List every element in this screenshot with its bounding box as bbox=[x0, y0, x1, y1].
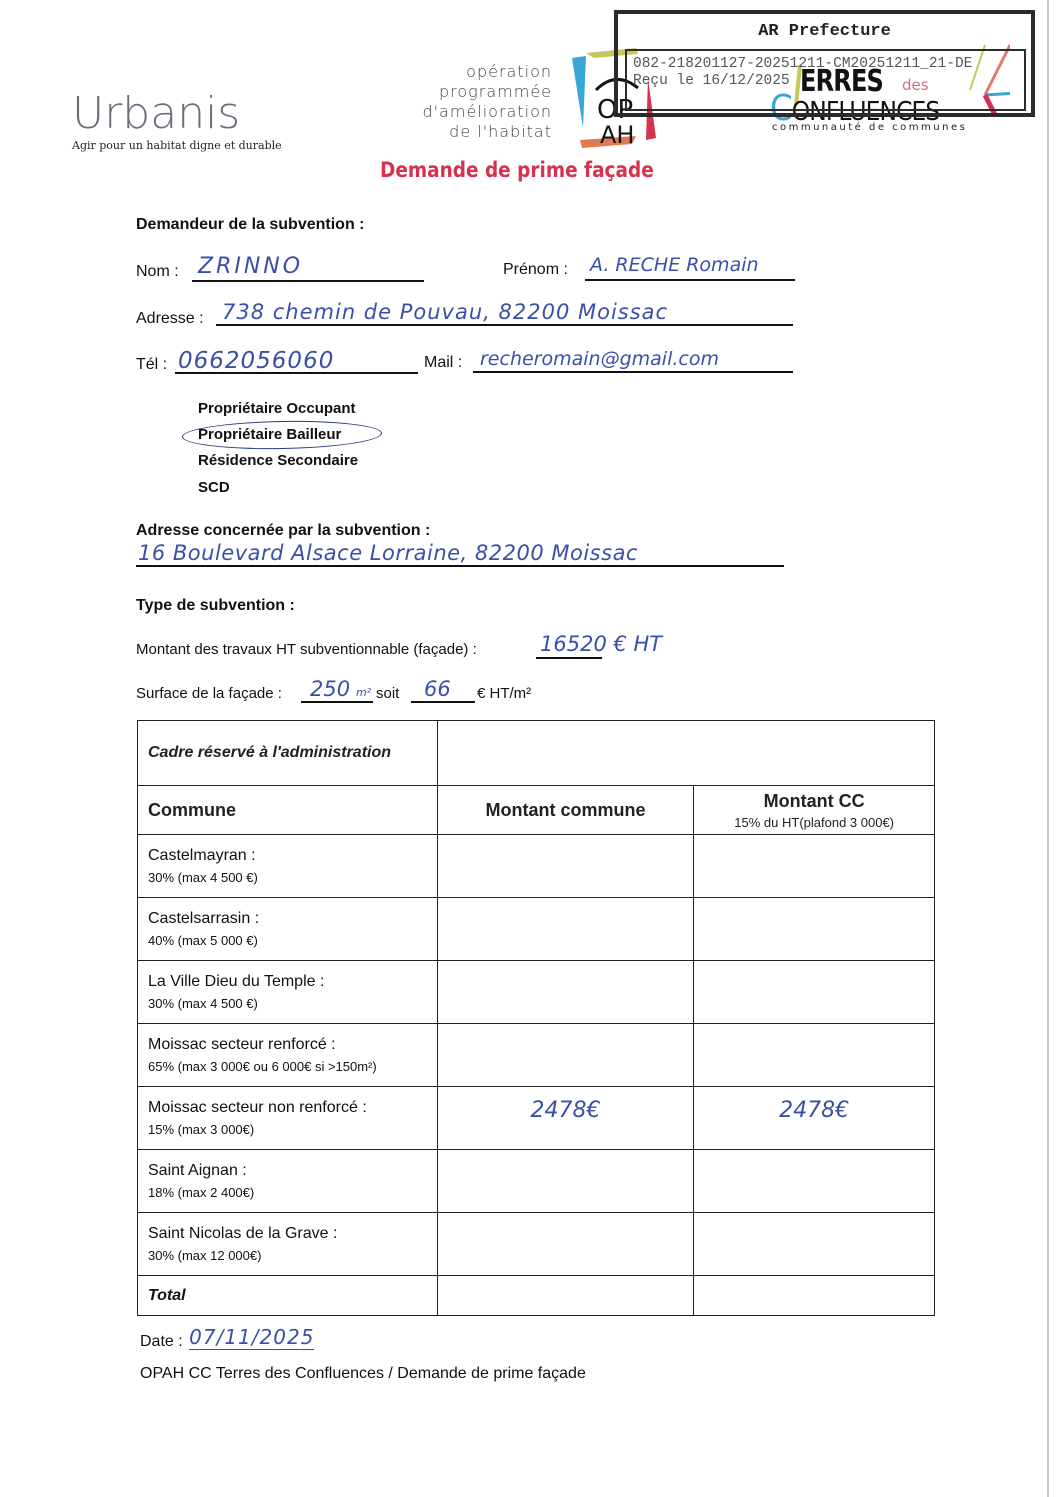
table-total-row: Total bbox=[138, 1276, 935, 1316]
tdc-subtitle: communauté de communes bbox=[772, 122, 967, 133]
adresse-underline bbox=[216, 324, 793, 326]
date-row: Date : 07/11/2025 bbox=[140, 1327, 312, 1351]
opah-description: opération programmée d'amélioration de l… bbox=[400, 62, 552, 142]
form-title: Demande de prime façade bbox=[380, 158, 654, 182]
per-m2-underline bbox=[411, 701, 475, 703]
table-row: Saint Aignan :18% (max 2 400€) bbox=[138, 1150, 935, 1213]
status-scd[interactable]: SCD bbox=[198, 479, 230, 496]
admin-reserved-empty-cell bbox=[437, 721, 934, 786]
table-row-admin-header: Cadre réservé à l'administration bbox=[138, 721, 935, 786]
montant-commune-cell[interactable] bbox=[437, 835, 694, 898]
opah-line: programmée bbox=[400, 82, 552, 102]
montant-cc-cell[interactable] bbox=[694, 961, 935, 1024]
mail-label: Mail : bbox=[424, 354, 462, 372]
administration-table: Cadre réservé à l'administration Commune… bbox=[137, 720, 935, 1316]
commune-cell: Saint Aignan :18% (max 2 400€) bbox=[138, 1150, 438, 1213]
stamp-reference: 082-218201127-20251211-CM20251211_21-DE bbox=[633, 56, 972, 72]
montant-cc-cell[interactable] bbox=[694, 1150, 935, 1213]
montant-commune-cell[interactable] bbox=[437, 1150, 694, 1213]
admin-reserved-label-cell: Cadre réservé à l'administration bbox=[138, 721, 438, 786]
urbanis-tagline: Agir pour un habitat digne et durable bbox=[72, 139, 282, 152]
total-cc-cell[interactable] bbox=[694, 1276, 935, 1316]
commune-cell: Castelsarrasin :40% (max 5 000 €) bbox=[138, 898, 438, 961]
montant-label: Montant des travaux HT subventionnable (… bbox=[136, 641, 477, 658]
table-header-row: Commune Montant commune Montant CC 15% d… bbox=[138, 786, 935, 835]
table-row: Moissac secteur renforcé :65% (max 3 000… bbox=[138, 1024, 935, 1087]
date-field[interactable]: 07/11/2025 bbox=[189, 1325, 314, 1350]
montant-commune-cell[interactable] bbox=[437, 1213, 694, 1276]
adresse-label: Adresse : bbox=[136, 310, 204, 328]
mail-field[interactable]: recheromain@gmail.com bbox=[480, 348, 719, 370]
page-edge bbox=[1047, 0, 1049, 1497]
montant-underline bbox=[536, 657, 602, 659]
nom-label: Nom : bbox=[136, 263, 179, 281]
status-proprietaire-occupant[interactable]: Propriétaire Occupant bbox=[198, 400, 356, 417]
status-residence-secondaire[interactable]: Résidence Secondaire bbox=[198, 452, 358, 469]
header-commune: Commune bbox=[138, 786, 438, 835]
soit-label: soit bbox=[376, 685, 399, 702]
montant-cc-cell[interactable] bbox=[694, 1024, 935, 1087]
date-label: Date : bbox=[140, 1333, 183, 1350]
svg-text:AH: AH bbox=[600, 121, 634, 149]
tel-label: Tél : bbox=[136, 356, 167, 374]
per-m2-field[interactable]: 66 bbox=[424, 677, 451, 701]
montant-cc-cell[interactable] bbox=[694, 1213, 935, 1276]
concerned-address-field[interactable]: 16 Boulevard Alsace Lorraine, 82200 Mois… bbox=[138, 541, 638, 565]
surface-unit: m² bbox=[356, 686, 371, 699]
commune-cell: Moissac secteur renforcé :65% (max 3 000… bbox=[138, 1024, 438, 1087]
commune-cell: Saint Nicolas de la Grave :30% (max 12 0… bbox=[138, 1213, 438, 1276]
type-section-title: Type de subvention : bbox=[136, 597, 295, 615]
table-row: La Ville Dieu du Temple :30% (max 4 500 … bbox=[138, 961, 935, 1024]
prenom-label: Prénom : bbox=[503, 261, 568, 279]
adresse-field[interactable]: 738 chemin de Pouvau, 82200 Moissac bbox=[222, 300, 668, 324]
surface-underline bbox=[301, 701, 373, 703]
montant-cc-cell[interactable]: 2478€ bbox=[694, 1087, 935, 1150]
opah-line: de l'habitat bbox=[400, 122, 552, 142]
surface-field[interactable]: 250 bbox=[310, 677, 350, 701]
table-row: Saint Nicolas de la Grave :30% (max 12 0… bbox=[138, 1213, 935, 1276]
prenom-underline bbox=[585, 279, 795, 281]
selected-status-circle bbox=[182, 419, 382, 450]
montant-commune-cell[interactable] bbox=[437, 961, 694, 1024]
prenom-field[interactable]: A. RECHE Romain bbox=[590, 254, 759, 276]
commune-cell: La Ville Dieu du Temple :30% (max 4 500 … bbox=[138, 961, 438, 1024]
document-reference: OPAH CC Terres des Confluences / Demande… bbox=[140, 1365, 586, 1383]
montant-commune-cell[interactable] bbox=[437, 1024, 694, 1087]
montant-cc-cell[interactable] bbox=[694, 835, 935, 898]
total-commune-cell[interactable] bbox=[437, 1276, 694, 1316]
stamp-received-date: Reçu le 16/12/2025 bbox=[633, 73, 790, 89]
total-label-cell: Total bbox=[138, 1276, 438, 1316]
address-section-title: Adresse concernée par la subvention : bbox=[136, 522, 430, 540]
nom-underline bbox=[192, 280, 424, 282]
mail-underline bbox=[473, 371, 793, 373]
per-m2-unit: € HT/m² bbox=[477, 685, 531, 702]
montant-field[interactable]: 16520 € HT bbox=[540, 632, 662, 656]
nom-field[interactable]: ZRINNO bbox=[198, 254, 303, 279]
header-montant-cc: Montant CC 15% du HT(plafond 3 000€) bbox=[694, 786, 935, 835]
surface-label: Surface de la façade : bbox=[136, 685, 282, 702]
commune-cell: Castelmayran :30% (max 4 500 €) bbox=[138, 835, 438, 898]
table-row: Moissac secteur non renforcé :15% (max 3… bbox=[138, 1087, 935, 1150]
opah-line: opération bbox=[400, 62, 552, 82]
montant-commune-cell[interactable] bbox=[437, 898, 694, 961]
stamp-title: AR Prefecture bbox=[618, 22, 1031, 41]
montant-cc-cell[interactable] bbox=[694, 898, 935, 961]
montant-commune-cell[interactable]: 2478€ bbox=[437, 1087, 694, 1150]
commune-cell: Moissac secteur non renforcé :15% (max 3… bbox=[138, 1087, 438, 1150]
stamp-inner-box: 082-218201127-20251211-CM20251211_21-DE … bbox=[625, 49, 1026, 111]
address-underline bbox=[136, 565, 784, 567]
applicant-section-title: Demandeur de la subvention : bbox=[136, 216, 364, 234]
header-montant-commune: Montant commune bbox=[437, 786, 694, 835]
urbanis-logo: Urbanis Agir pour un habitat digne et du… bbox=[72, 90, 282, 152]
prefecture-stamp: AR Prefecture 082-218201127-20251211-CM2… bbox=[614, 10, 1035, 117]
table-row: Castelmayran :30% (max 4 500 €) bbox=[138, 835, 935, 898]
opah-line: d'amélioration bbox=[400, 102, 552, 122]
urbanis-name: Urbanis bbox=[72, 90, 282, 138]
tel-field[interactable]: 0662056060 bbox=[178, 348, 334, 374]
table-row: Castelsarrasin :40% (max 5 000 €) bbox=[138, 898, 935, 961]
